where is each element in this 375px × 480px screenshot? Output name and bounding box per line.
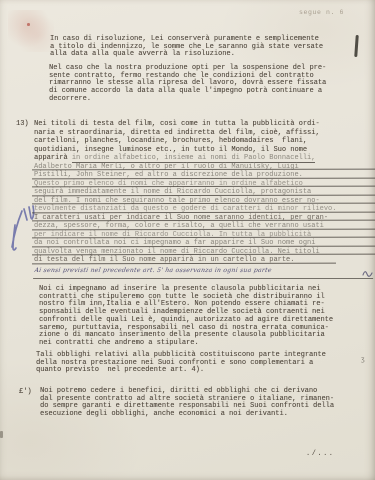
typed-line: decorrere. [49, 96, 345, 104]
paragraph-risoluzione: In caso di risoluzione, Lei conserverà p… [50, 36, 342, 59]
typed-line-mixed: apparirà in ordine alfabetico, insieme a… [34, 154, 371, 163]
typed-line: alla data alla quale avverrà la risoluzi… [50, 51, 342, 59]
red-ink-speck [27, 23, 30, 26]
typed-line: di comune accordo la data alla quale l'i… [49, 88, 345, 96]
typed-segment: apparirà [34, 154, 72, 162]
underlined-typed-line: da noi controllata noi ci impegnamo a fa… [34, 239, 371, 248]
handwritten-annotation: Ai sensi previsti nel precedente art. 5'… [33, 265, 375, 279]
underlined-typed-line: Adalberto Maria Merli, o altro per il ru… [34, 163, 371, 172]
page-continuation-header: segue n. 6 [299, 9, 344, 16]
pink-ink-smudge [8, 10, 54, 52]
underlined-typed-line: qualvolta venga menzionato il nome di Ri… [34, 248, 371, 257]
underlined-typed-line: del film. I nomi che seguiranno tale pri… [34, 197, 371, 206]
page-continuation-mark: ./... [306, 450, 335, 458]
clause-14-number: £') [19, 388, 32, 396]
underlined-typed-line: seguirà immediatamente il nome di Riccar… [34, 188, 371, 197]
underlined-typed-line: Questo primo elenco di nomi che apparira… [34, 180, 371, 189]
underlined-typed-line: tevolmente distanziati da questo e goder… [34, 205, 371, 214]
clause-14-body: Noi potremo cedere i benefici, diritti e… [40, 388, 372, 419]
handwriting-tail-squiggle [362, 268, 374, 278]
typed-line: esecuzione degli obblighi, anche economi… [40, 411, 372, 419]
paragraph-tali-obblighi: Tali obblighi relativi alla pubblicità c… [36, 352, 373, 375]
typed-line: Nei titoli di testa del film, così come … [34, 120, 371, 129]
typed-line: naria e straordinaria, diretta ed indire… [34, 129, 371, 138]
underlined-typed-line: per indicare il nome di Riccardo Cucciol… [34, 231, 371, 240]
typed-line: nei contratti che andremo a stipulare. [39, 340, 372, 348]
edge-pen-mark [0, 431, 3, 438]
underlined-typed-line: Pistilli, John Steiner, ed altro a discr… [34, 171, 371, 180]
typed-line: cartelloni, planches, locandine, brochur… [34, 137, 371, 146]
typed-line: quanto previsto nel precedente art. 4). [36, 367, 373, 375]
underlined-typed-line: dezza, spessore, forma, colore e risalto… [34, 222, 371, 231]
typed-line: quotidiani, insegne luminose etc., in tu… [34, 146, 371, 155]
underlined-typed-line: di testa del film il Suo nome apparirà i… [34, 256, 331, 265]
margin-pen-tick [354, 35, 359, 57]
paragraph-sospensione: Nel caso che la nostra produzione opti p… [49, 65, 345, 104]
clause-13-body: Nei titoli di testa del film, così come … [34, 120, 371, 265]
underlined-typed-line: I caratteri usati per indicare il Suo no… [34, 214, 371, 223]
paragraph-clausola-pubblicitaria: Noi ci impegnamo ad inserire la presente… [39, 286, 372, 348]
scanned-contract-page: ʒ segue n. 6 In caso di risoluzione, Lei… [0, 0, 375, 480]
clause-13-number: 13) [16, 120, 29, 128]
